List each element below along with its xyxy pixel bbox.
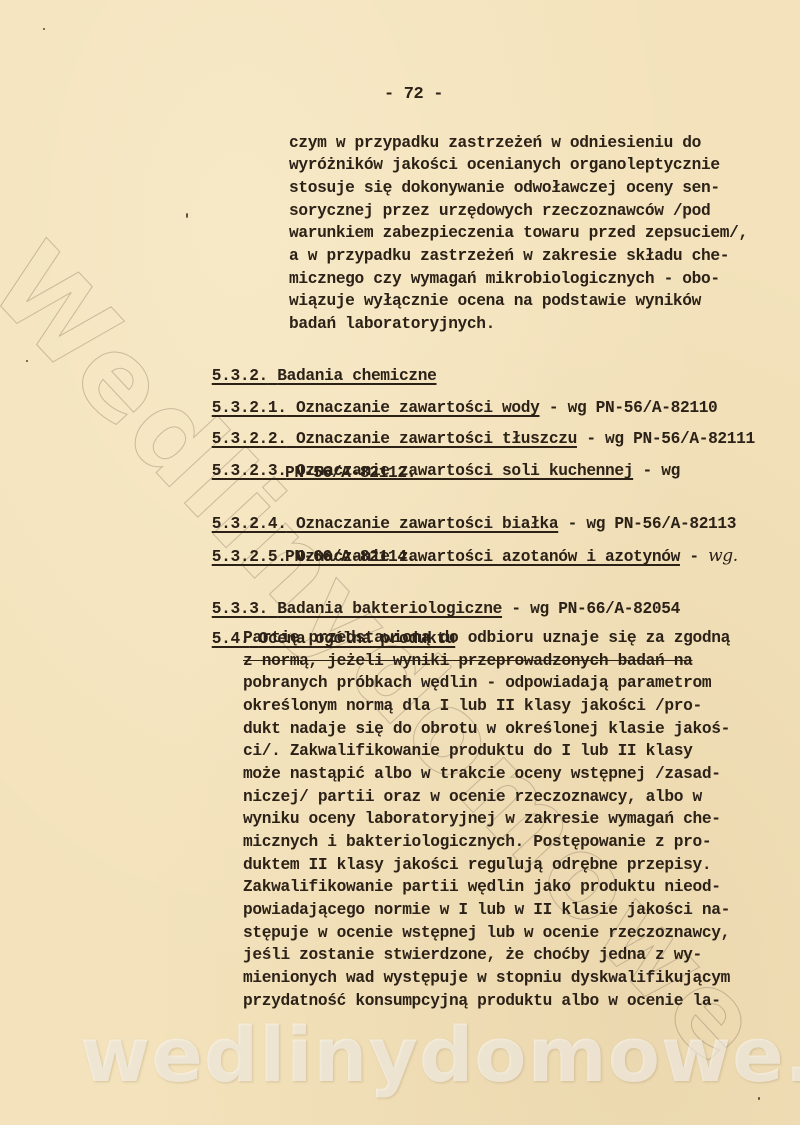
paragraph-line: warunkiem zabezpieczenia towaru przed ze… (289, 223, 748, 243)
section-heading-5-3-2-3: 5.3.2.3. Oznaczanie zawartości soli kuch… (193, 441, 680, 481)
site-watermark: wedlinydomowe.pl (80, 1010, 800, 1099)
section-heading-5-3-2-5: 5.3.2.5. Oznaczanie zawartości azotanów … (193, 526, 738, 567)
paragraph-line: Partię przedstawioną do odbioru uznaje s… (243, 628, 730, 648)
paper-speck (43, 28, 45, 30)
section-standard-continuation: PN-66/A-82114. (285, 547, 416, 567)
paragraph-line: jeśli zostanie stwierdzone, że choćby je… (243, 945, 702, 965)
paper-speck (758, 1097, 760, 1100)
paragraph-line: a w przypadku zastrzeżeń w zakresie skła… (289, 246, 729, 266)
paper-speck (26, 360, 28, 362)
paragraph-line: może nastąpić albo w trakcie oceny wstęp… (243, 764, 721, 784)
section-standard-continuation: PN-56/A-82112. (285, 463, 416, 483)
section-number: 5.3.2.5. (212, 548, 287, 566)
page-number: - 72 - (384, 85, 443, 105)
paragraph-line: stosuje się dokonywanie odwoławczej ocen… (289, 178, 720, 198)
paragraph-line: wyniku oceny laboratoryjnej w zakresie w… (243, 809, 721, 829)
paragraph-line: micznych i bakteriologicznych. Postępowa… (243, 832, 711, 852)
paragraph-line: określonym normą dla I lub II klasy jako… (243, 696, 702, 716)
paragraph-line: wyróżników jakości ocenianych organolept… (289, 155, 720, 175)
paragraph-line: pobranych próbkach wędlin - odpowiadają … (243, 673, 711, 693)
section-number: 5.3.2.3. (212, 462, 287, 480)
paragraph-line: powiadającego normie w I lub w II klasie… (243, 900, 730, 920)
section-standard: - wg (633, 462, 680, 480)
paragraph-line: badań laboratoryjnych. (289, 314, 495, 334)
paragraph-line: micznego czy wymagań mikrobiologicznych … (289, 269, 720, 289)
paragraph-line: niczej/ partii oraz w ocenie rzeczoznawc… (243, 787, 702, 807)
paragraph-line: ci/. Zakwalifikowanie produktu do I lub … (243, 741, 692, 761)
paragraph-line: z normą, jeżeli wyniki przeprowadzonych … (243, 651, 692, 671)
paragraph-line: czym w przypadku zastrzeżeń w odniesieni… (289, 133, 701, 153)
section-standard: - (680, 548, 708, 566)
paragraph-line: sorycznej przez urzędowych rzeczoznawców… (289, 201, 710, 221)
paragraph-line: mienionych wad występuje w stopniu dyskw… (243, 968, 730, 988)
paragraph-line: Zakwalifikowanie partii wędlin jako prod… (243, 877, 721, 897)
paragraph-line: wiązuje wyłącznie ocena na podstawie wyn… (289, 291, 701, 311)
paragraph-line: przydatność konsumpcyjną produktu albo w… (243, 991, 721, 1011)
paragraph-line: duktem II klasy jakości regulują odrębne… (243, 855, 711, 875)
handwritten-annotation: wg. (708, 546, 738, 566)
paragraph-line: dukt nadaje się do obrotu w określonej k… (243, 719, 730, 739)
paper-speck (186, 213, 188, 218)
paragraph-line: stępuje w ocenie wstępnej lub w ocenie r… (243, 923, 730, 943)
section-standard: - wg PN-66/A-82054 (502, 600, 680, 618)
